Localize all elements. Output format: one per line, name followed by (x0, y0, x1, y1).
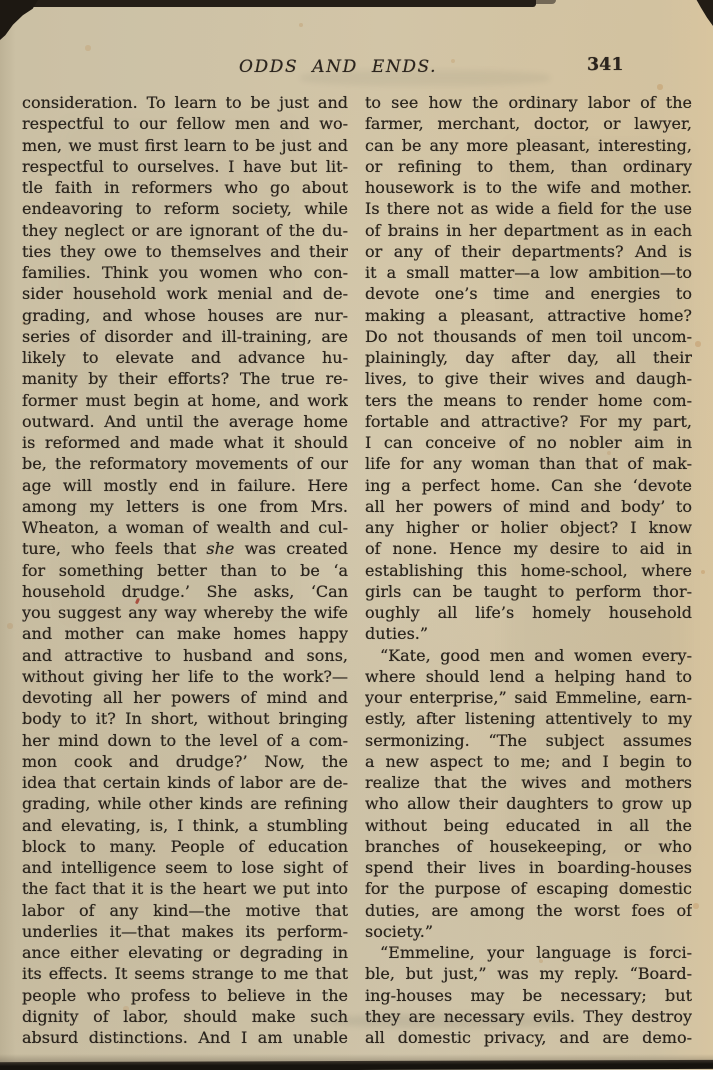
running-title: ODDS AND ENDS. (239, 57, 437, 77)
text-line: fortable and attractive? For my part, (365, 411, 692, 432)
text-line: people who profess to believe in the (22, 985, 348, 1006)
text-line: tle faith in reformers who go about (22, 177, 348, 198)
text-line: and elevating, is, I think, a stumbling (22, 815, 348, 836)
text-line: Is there not as wide a field for the use (365, 198, 692, 219)
text-line: former must begin at home, and work (22, 390, 348, 411)
text-line: ing a perfect home. Can she ‘devote (365, 475, 692, 496)
text-line: who allow their daughters to grow up (365, 793, 692, 814)
text-line: they are necessary evils. They destroy (365, 1006, 692, 1027)
text-line: life for any woman than that of mak- (365, 453, 692, 474)
text-line: block to many. People of education (22, 836, 348, 857)
text-line: respectful to ourselves. I have but lit- (22, 156, 348, 177)
text-line: plainingly, day after day, all their (365, 347, 692, 368)
text-line: a new aspect to me; and I begin to (365, 751, 692, 772)
text-line: household drudge.’ She asks, ‘Can (22, 581, 348, 602)
text-line: your enterprise,” said Emmeline, earn- (365, 687, 692, 708)
page-number: 341 (587, 55, 624, 75)
text-line: housework is to the wife and mother. (365, 177, 692, 198)
text-line: they neglect or are ignorant of the du- (22, 220, 348, 241)
scan-edge-top (0, 0, 536, 7)
book-page-scan: ODDS AND ENDS. 341 consideration. To lea… (0, 0, 713, 1070)
text-line: I can conceive of no nobler aim in (365, 432, 692, 453)
text-line: endeavoring to reform society, while (22, 198, 348, 219)
text-line: her mind down to the level of a com- (22, 730, 348, 751)
text-columns: consideration. To learn to be just andre… (22, 92, 692, 1048)
text-line: and mother can make homes happy (22, 623, 348, 644)
text-line: of brains in her department as in each (365, 220, 692, 241)
text-line: “Kate, good men and women every- (365, 645, 692, 666)
text-line: without giving her life to the work?— (22, 666, 348, 687)
text-line: idea that certain kinds of labor are de- (22, 772, 348, 793)
text-line: without being educated in all the (365, 815, 692, 836)
text-line: all domestic privacy, and are demo- (365, 1027, 692, 1048)
text-line: series of disorder and ill-training, are (22, 326, 348, 347)
text-line: can be any more pleasant, interesting, (365, 135, 692, 156)
text-line: men, we must first learn to be just and (22, 135, 348, 156)
text-line: respectful to our fellow men and wo- (22, 113, 348, 134)
text-line: farmer, merchant, doctor, or lawyer, (365, 113, 692, 134)
text-line: society.” (365, 921, 692, 942)
text-line: realize that the wives and mothers (365, 772, 692, 793)
text-line: ance either elevating or degrading in (22, 942, 348, 963)
text-line: all her powers of mind and body’ to (365, 496, 692, 517)
text-line: any higher or holier object? I know (365, 517, 692, 538)
text-line: dignity of labor, should make such (22, 1006, 348, 1027)
scan-edge-top-fade (530, 0, 556, 4)
text-line: ters the means to render home com- (365, 390, 692, 411)
text-line: sermonizing. “The subject assumes (365, 730, 692, 751)
text-line: devoting all her powers of mind and (22, 687, 348, 708)
text-line: and intelligence seem to lose sight of (22, 857, 348, 878)
text-line: among my letters is one from Mrs. (22, 496, 348, 517)
text-line: devote one’s time and energies to (365, 283, 692, 304)
text-line: girls can be taught to perform thor- (365, 581, 692, 602)
text-line: is reformed and made what it should (22, 432, 348, 453)
text-line: branches of housekeeping, or who (365, 836, 692, 857)
text-line: grading, while other kinds are refining (22, 793, 348, 814)
text-line: for the purpose of escaping domestic (365, 878, 692, 899)
column-left: consideration. To learn to be just andre… (22, 92, 348, 1048)
text-line: likely to elevate and advance hu- (22, 347, 348, 368)
text-line: you suggest any way whereby the wife (22, 602, 348, 623)
text-line: labor of any kind—the motive that (22, 900, 348, 921)
text-line: mon cook and drudge?’ Now, the (22, 751, 348, 772)
text-line: manity by their efforts? The true re- (22, 368, 348, 389)
text-line: Do not thousands of men toil uncom- (365, 326, 692, 347)
text-line: to see how the ordinary labor of the (365, 92, 692, 113)
text-line: its effects. It seems strange to me that (22, 963, 348, 984)
text-line: for something better than to be ‘a (22, 560, 348, 581)
text-line: consideration. To learn to be just and (22, 92, 348, 113)
text-line: oughly all life’s homely household (365, 602, 692, 623)
scan-edge-bottom (0, 1060, 713, 1070)
scan-corner-top-right (693, 0, 713, 26)
text-line: age will mostly end in failure. Here (22, 475, 348, 496)
text-line: it a small matter—a low ambition—to (365, 262, 692, 283)
text-line: and attractive to husband and sons, (22, 645, 348, 666)
text-line: or refining to them, than ordinary (365, 156, 692, 177)
text-line: the fact that it is the heart we put int… (22, 878, 348, 899)
text-line: underlies it—that makes its perform- (22, 921, 348, 942)
text-line: making a pleasant, attractive home? (365, 305, 692, 326)
text-line: ble, but just,” was my reply. “Board- (365, 963, 692, 984)
text-line: absurd distinctions. And I am unable (22, 1027, 348, 1048)
text-line: spend their lives in boarding-houses (365, 857, 692, 878)
text-line: body to it? In short, without bringing (22, 708, 348, 729)
text-line: establishing this home-school, where (365, 560, 692, 581)
text-line: ing-houses may be necessary; but (365, 985, 692, 1006)
text-line: be, the reformatory movements of our (22, 453, 348, 474)
text-line: outward. And until the average home (22, 411, 348, 432)
text-line: lives, to give their wives and daugh- (365, 368, 692, 389)
scan-corner-top-left (0, 0, 38, 40)
text-line: estly, after listening attentively to my (365, 708, 692, 729)
text-line: of none. Hence my desire to aid in (365, 538, 692, 559)
text-line: sider household work menial and de- (22, 283, 348, 304)
text-line: “Emmeline, your language is forci- (365, 942, 692, 963)
text-line: Wheaton, a woman of wealth and cul- (22, 517, 348, 538)
text-line: ture, who feels that she was created (22, 538, 348, 559)
text-line: families. Think you women who con- (22, 262, 348, 283)
text-line: or any of their departments? And is (365, 241, 692, 262)
text-line: grading, and whose houses are nur- (22, 305, 348, 326)
text-line: ties they owe to themselves and their (22, 241, 348, 262)
text-line: duties.” (365, 623, 692, 644)
text-line: duties, are among the worst foes of (365, 900, 692, 921)
text-line: where should lend a helping hand to (365, 666, 692, 687)
column-right: to see how the ordinary labor of thefarm… (365, 92, 692, 1048)
